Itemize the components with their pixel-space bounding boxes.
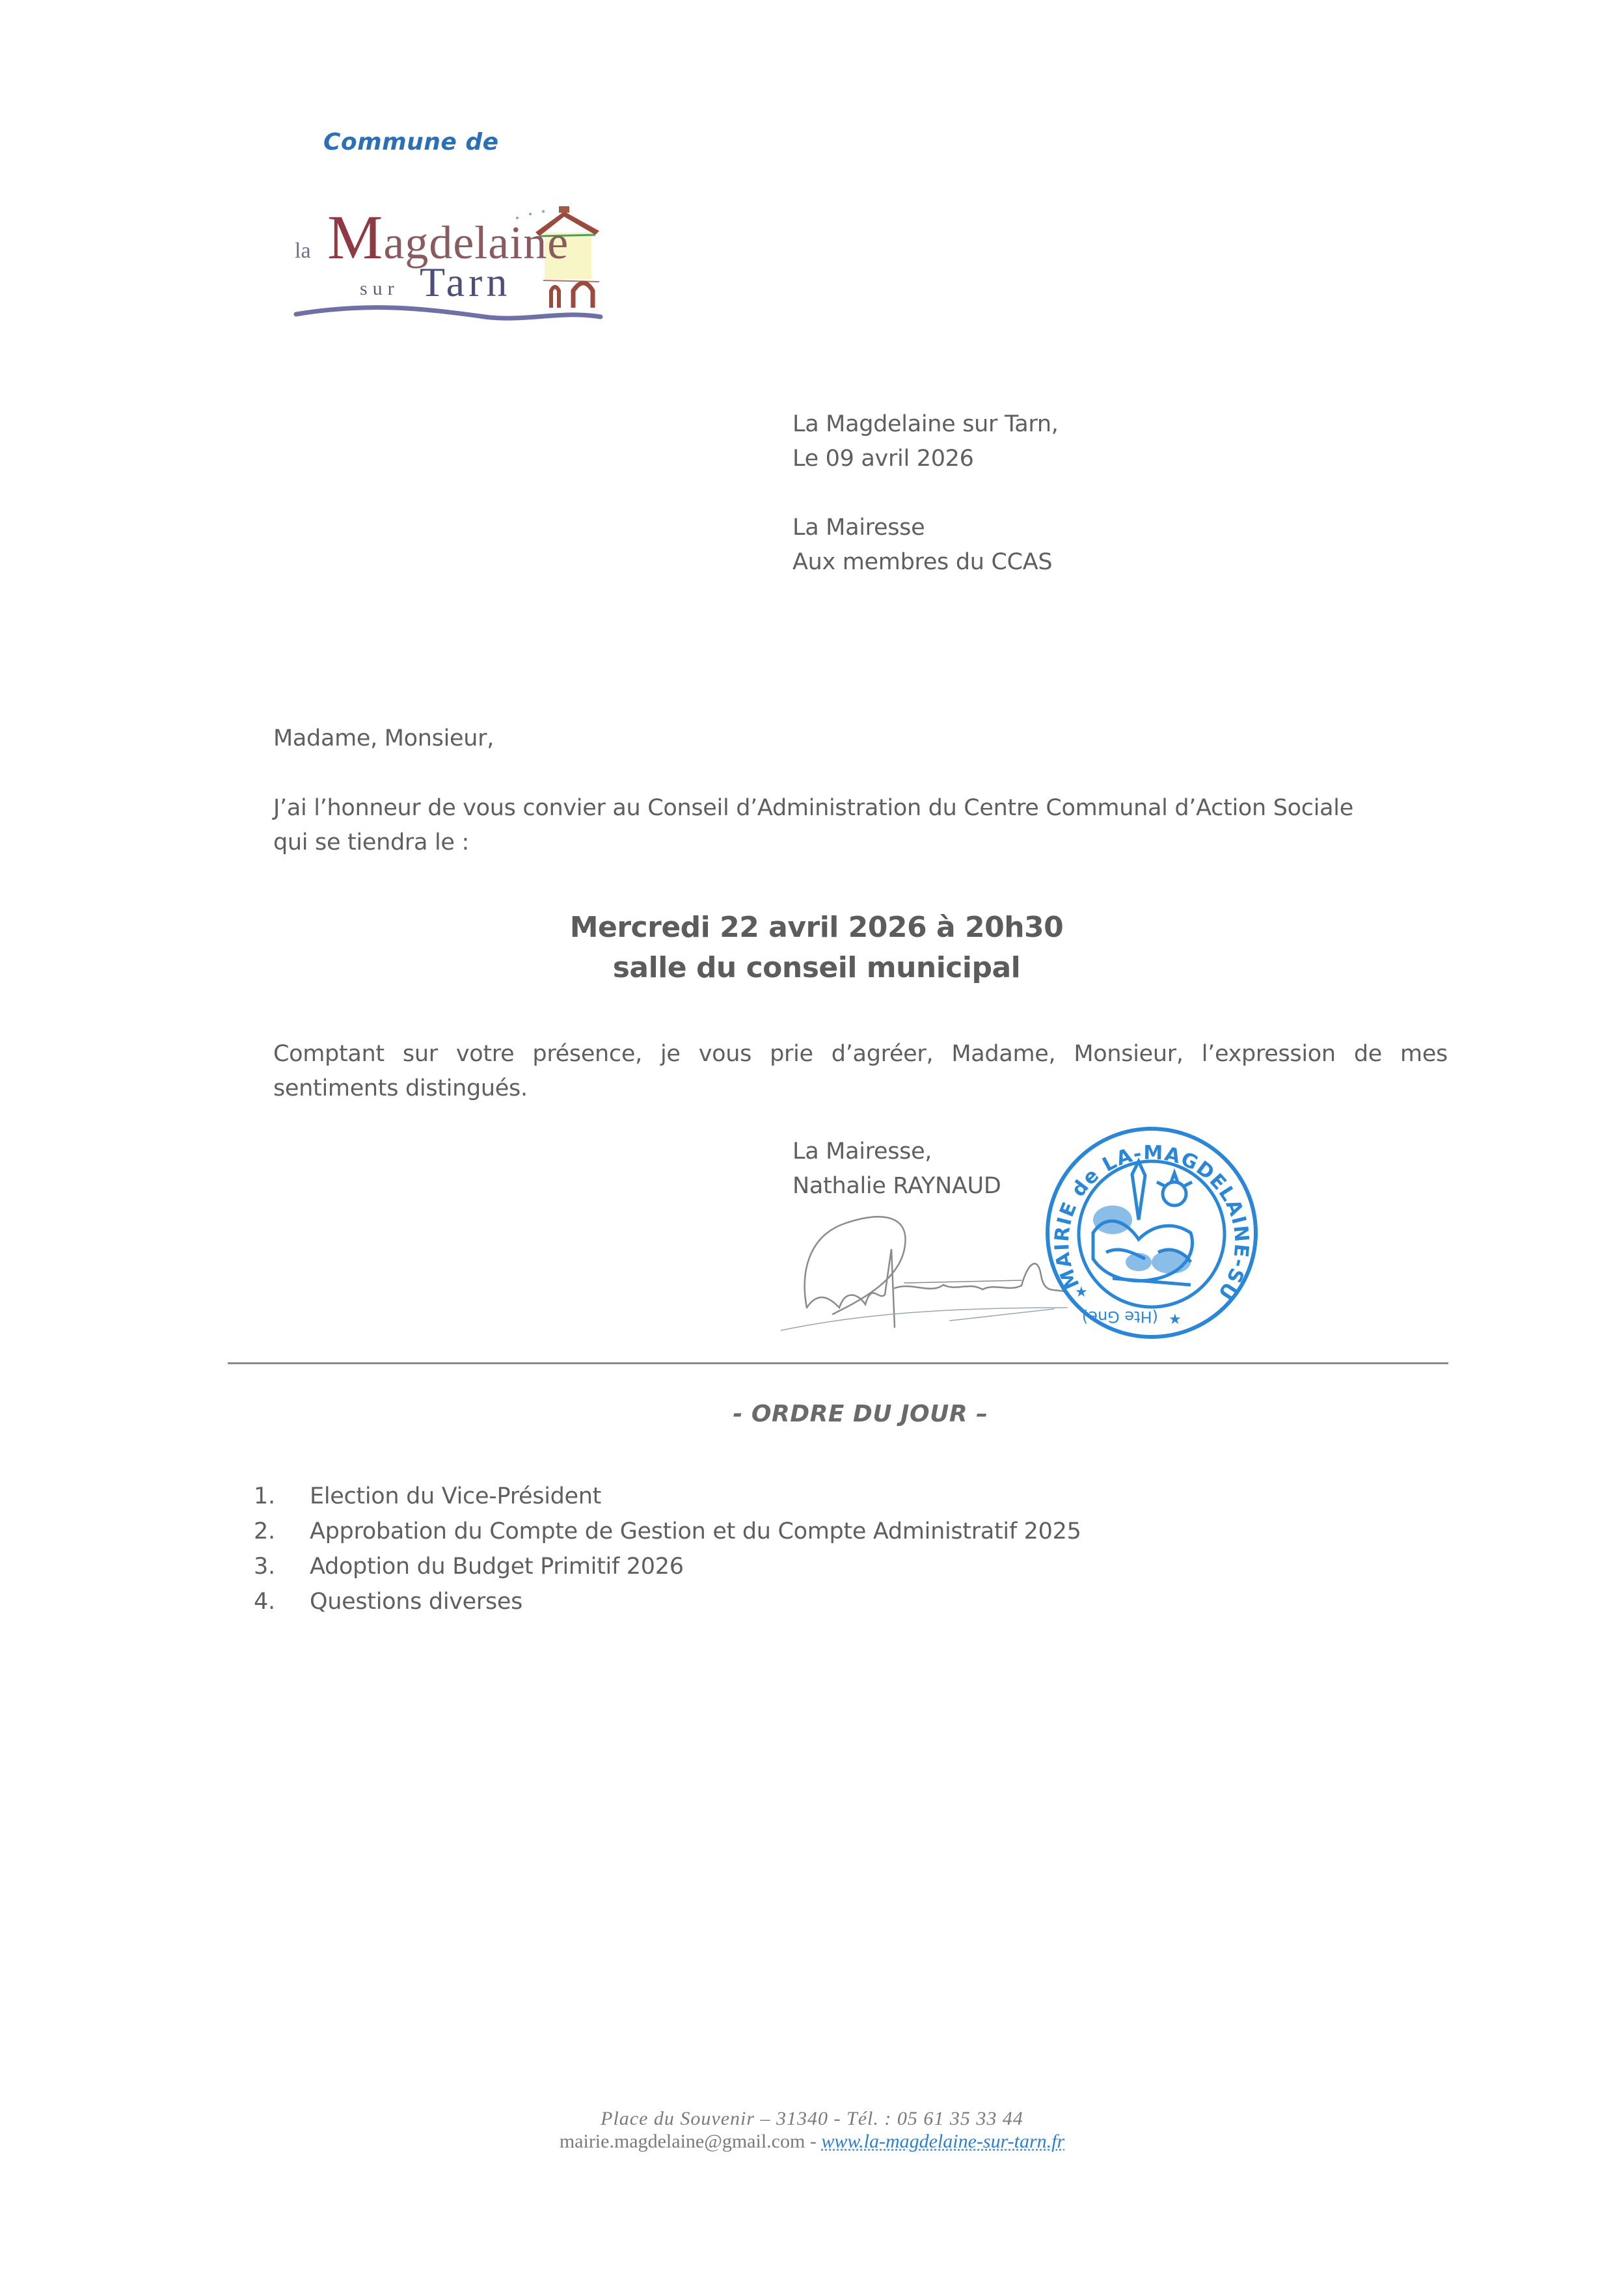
official-stamp: MAIRIE de LA-MAGDELAINE-SUR-TARN (Hte Gn…	[1041, 1122, 1262, 1343]
meeting-place: salle du conseil municipal	[273, 948, 1360, 988]
agenda-item-label: Approbation du Compte de Gestion et du C…	[310, 1514, 1081, 1549]
intro-paragraph: J’ai l’honneur de vous convier au Consei…	[273, 791, 1448, 860]
commune-label: Commune de	[323, 129, 499, 155]
place: La Magdelaine sur Tarn,	[792, 407, 1059, 442]
agenda-item-number: 3.	[254, 1549, 310, 1584]
meeting-details: Mercredi 22 avril 2026 à 20h30 salle du …	[273, 908, 1360, 988]
footer-website-link[interactable]: www.la-magdelaine-sur-tarn.fr	[821, 2131, 1064, 2152]
agenda-item-label: Adoption du Budget Primitif 2026	[310, 1549, 684, 1584]
address-block: La Magdelaine sur Tarn, Le 09 avril 2026…	[792, 407, 1059, 580]
closing-paragraph: Comptant sur votre présence, je vous pri…	[273, 1037, 1448, 1106]
closing-line-2: sentiments distingués.	[273, 1071, 1448, 1106]
logo-river: Tarn	[420, 258, 511, 306]
intro-line-2: qui se tiendra le :	[273, 826, 1448, 860]
greeting: Madame, Monsieur,	[273, 721, 494, 756]
letter-date: Le 09 avril 2026	[792, 442, 1059, 476]
stamp-bottom-text: (Hte Gne)	[1082, 1308, 1158, 1326]
closing-line-1: Comptant sur votre présence, je vous pri…	[273, 1037, 1448, 1071]
agenda-item: 3.Adoption du Budget Primitif 2026	[254, 1549, 1081, 1584]
agenda-item: 4.Questions diverses	[254, 1584, 1081, 1619]
signatory-name: Nathalie RAYNAUD	[792, 1169, 1001, 1204]
signature-block: La Mairesse, Nathalie RAYNAUD	[792, 1135, 1001, 1204]
agenda-list: 1.Election du Vice-Président2.Approbatio…	[254, 1479, 1081, 1619]
section-divider	[228, 1362, 1448, 1364]
footer-email[interactable]: mairie.magdelaine@gmail.com -	[560, 2131, 817, 2152]
commune-logo: la Magdelaine sur Tarn	[290, 192, 608, 329]
agenda-item-label: Election du Vice-Président	[310, 1479, 601, 1514]
agenda-item-number: 4.	[254, 1584, 310, 1619]
meeting-date: Mercredi 22 avril 2026 à 20h30	[273, 908, 1360, 948]
agenda-item-label: Questions diverses	[310, 1584, 522, 1619]
footer: Place du Souvenir – 31340 - Tél. : 05 61…	[0, 2108, 1624, 2153]
footer-contact: mairie.magdelaine@gmail.com - www.la-mag…	[0, 2130, 1624, 2153]
footer-address: Place du Souvenir – 31340 - Tél. : 05 61…	[0, 2108, 1624, 2130]
agenda-item-number: 2.	[254, 1514, 310, 1549]
logo-sur: sur	[360, 278, 399, 300]
agenda-item: 1.Election du Vice-Président	[254, 1479, 1081, 1514]
sender: La Mairesse	[792, 511, 1059, 545]
star-icon: ★	[1075, 1284, 1088, 1300]
agenda-item-number: 1.	[254, 1479, 310, 1514]
logo-prefix: la	[295, 239, 311, 263]
signatory-title: La Mairesse,	[792, 1135, 1001, 1169]
agenda-item: 2.Approbation du Compte de Gestion et du…	[254, 1514, 1081, 1549]
recipient: Aux membres du CCAS	[792, 545, 1059, 580]
intro-line-1: J’ai l’honneur de vous convier au Consei…	[273, 791, 1448, 826]
agenda-title: - ORDRE DU JOUR –	[273, 1401, 1448, 1427]
star-icon: ★	[1169, 1312, 1182, 1328]
